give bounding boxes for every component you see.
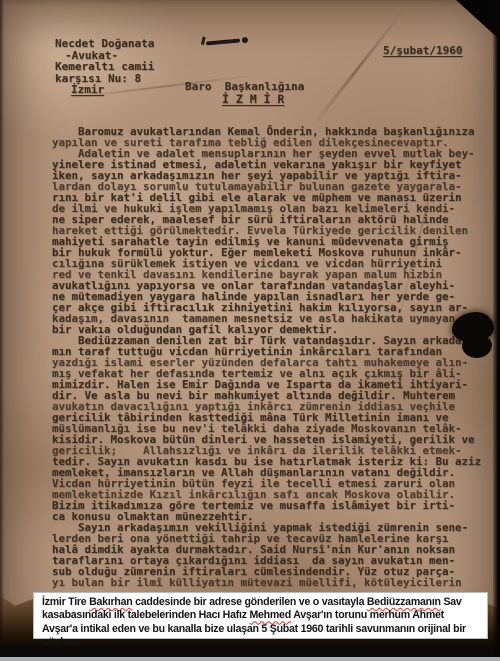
caption-segment: Bakırhan: [89, 596, 132, 608]
sender-block: Necdet Doğanata-Avukat-Kemeraltı camiika…: [55, 38, 154, 96]
photo-edge-shadow: [493, 0, 500, 661]
body-line: avukatın davacılığını yaptığı inkârcı zü…: [52, 401, 482, 412]
sender-line: karşısı Nu: 8: [55, 73, 154, 85]
body-line: red ve tenkil davasını kendilerine bayra…: [52, 269, 482, 280]
body-line: kadaşım, davasının tamamen mesnetsiz ve …: [52, 313, 482, 324]
letter-photo: Necdet Doğanata-Avukat-Kemeraltı camiika…: [0, 0, 500, 661]
sender-line: Necdet Doğanata: [55, 38, 154, 50]
body-line: memleketinizde Kızıl inkârcılığın safı a…: [52, 489, 482, 500]
body-line: mış vefakat her defasında tertemiz ve al…: [52, 368, 482, 379]
caption-segment: Mehmed: [249, 609, 290, 621]
caption-text: İzmir Tire Bakırhan caddesinde bir adres…: [42, 596, 479, 649]
body-line: hareket ettiği görülmektedir. Evvela Tür…: [52, 225, 482, 236]
caption-box: İzmir Tire Bakırhan caddesinde bir adres…: [33, 592, 488, 639]
body-line: müslümanlığı ise bu nev'i telâkki daha z…: [52, 423, 482, 434]
body-line: gericilik; Allahsızlığı ve inkârı da ile…: [52, 445, 482, 456]
photo-bottom-strip: [0, 657, 500, 661]
body-line: de ilmi ve hukuki işlem yapılmamış olan …: [52, 203, 482, 214]
recipient-city: İ Z M İ R: [222, 92, 284, 106]
caption-segment: caddesinde bir adrese gönderilen ve o va…: [132, 596, 366, 608]
sender-line: İzmir: [71, 84, 154, 96]
caption-segment: İzmir Tire: [42, 596, 89, 608]
body-line: yı bulan bir ilmî külliyatın mütevazi mü…: [52, 577, 482, 588]
letter-body: Baromuz avukatlarından Kemal Önderin, ha…: [52, 126, 482, 588]
body-line: Adaletin ve adalet mensuplarının her şey…: [52, 148, 482, 159]
date: 5/şubat/1960: [383, 44, 462, 57]
body-line: lardan dolayı sorumlu tutulamayabilir bu…: [52, 181, 482, 192]
photo-edge-shadow: [0, 0, 4, 661]
body-line: lerden beri ona yönettiği tahrip ve teca…: [52, 533, 482, 544]
caption-segment: Bediüzzamanın: [367, 596, 441, 608]
